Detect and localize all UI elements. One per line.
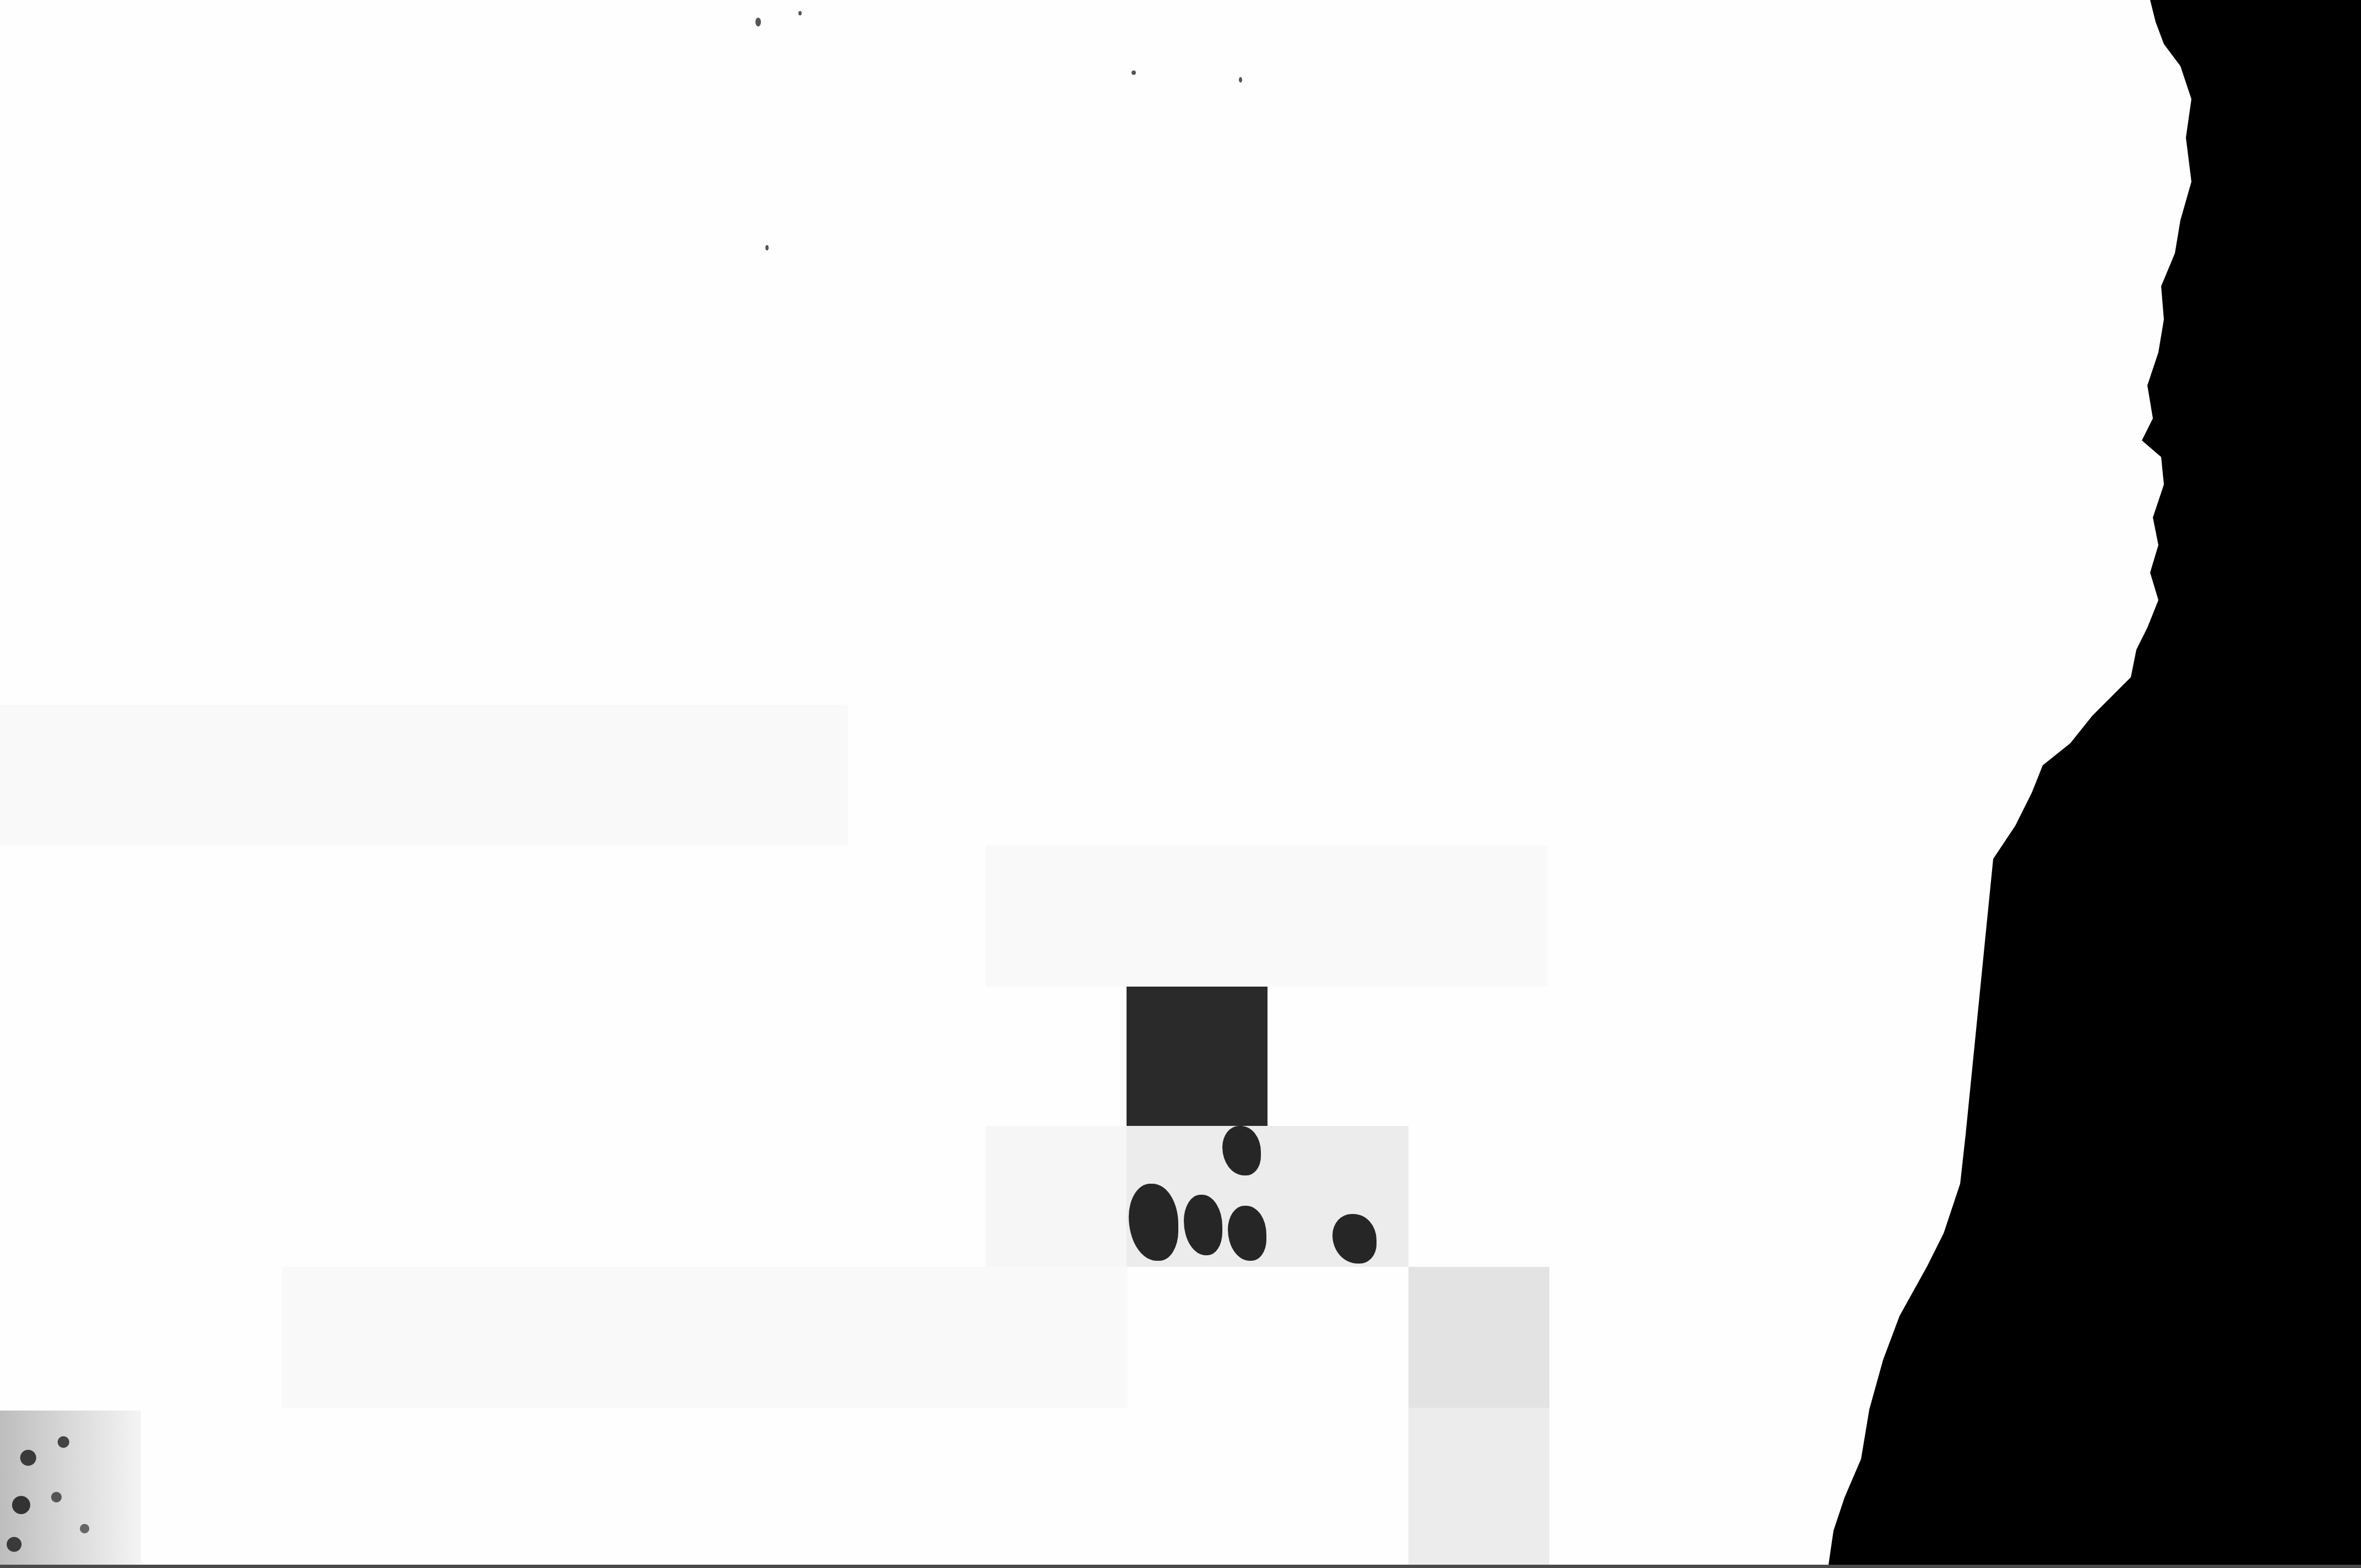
photo-canvas: [0, 0, 2361, 1568]
bottom-edge-line: [0, 1565, 2361, 1568]
dark-silhouette: [0, 0, 2361, 1568]
